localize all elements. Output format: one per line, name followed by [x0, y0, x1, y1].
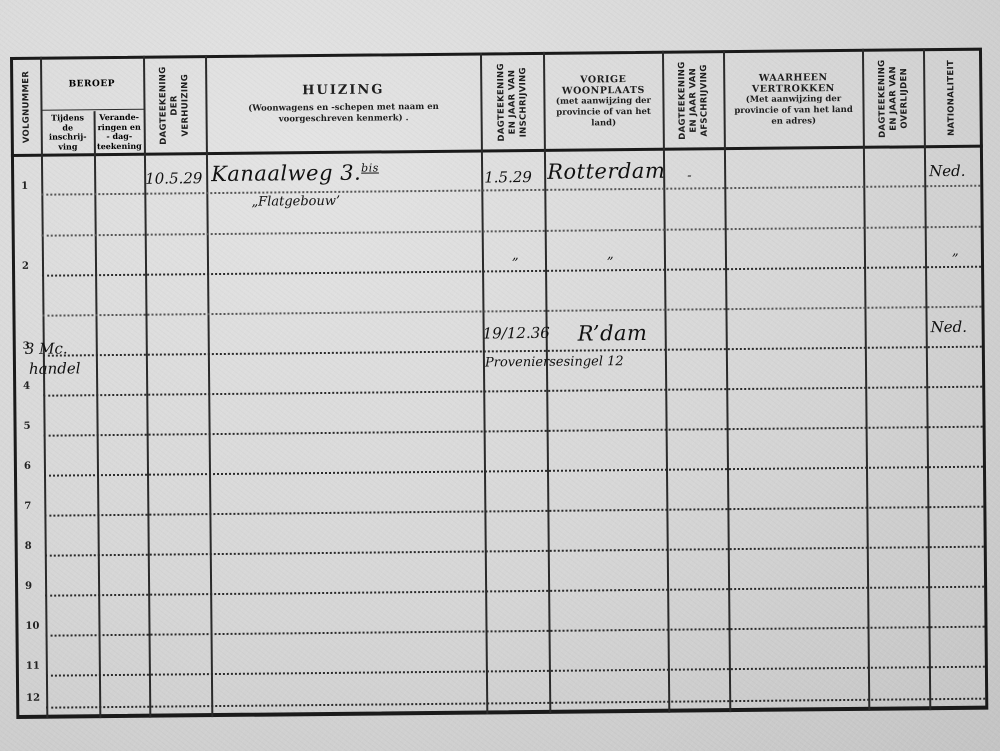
row1-huizing-address: Kanaalweg 3.bis — [211, 160, 379, 186]
row1-nationaliteit: Ned. — [929, 162, 966, 180]
header-dagteekening-inschrijving: DAGTEEKENING EN JAAR VAN INSCHRIJVING — [481, 55, 544, 150]
row-number: 10 — [25, 621, 43, 632]
row-number: 2 — [22, 261, 40, 272]
row-number: 1 — [21, 181, 39, 192]
header-huizing-title: HUIZING — [302, 82, 384, 98]
row1-verhuizing-date: 10.5.29 — [145, 169, 202, 188]
header-vorige-woonplaats-title: VORIGE WOONPLAATS — [562, 73, 645, 96]
row-number: 11 — [26, 661, 44, 672]
row1-huizing-suffix: bis — [361, 161, 379, 174]
header-label: NATIONALITEIT — [946, 60, 958, 136]
row-number: 4 — [23, 381, 41, 392]
row-number: 6 — [24, 461, 42, 472]
header-huizing: HUIZING (Woonwagens en -schepen met naam… — [206, 55, 481, 152]
header-beroep-veranderingen: Verande- ringen en - dag- teekening — [95, 111, 144, 153]
header-huizing-subtitle: (Woonwagens en -schepen met naam en voor… — [243, 102, 443, 126]
header-dagteekening-afschrijving: DAGTEEKENING EN JAAR VAN AFSCHRIJVING — [663, 53, 724, 148]
row2-inschrijving-ditto: „ — [512, 248, 519, 263]
register-form: VOLGNUMMER BEROEP Tijdens de inschrij- v… — [10, 48, 988, 719]
header-label: VOLGNUMMER — [21, 71, 33, 143]
row3-vorige-woonplaats-address: Proveniersesingel 12 — [485, 354, 624, 370]
row1-vorige-woonplaats: Rotterdam — [547, 159, 665, 184]
row3-vorige-woonplaats: R’dam — [578, 321, 648, 346]
row3-beroep-line2: handel — [29, 359, 81, 377]
row2-vorige-woonplaats-ditto: „ — [607, 247, 614, 262]
scanned-document: VOLGNUMMER BEROEP Tijdens de inschrij- v… — [0, 0, 1000, 751]
header-volgnummer: VOLGNUMMER — [13, 60, 41, 154]
header-waarheen-vertrokken: WAARHEEN VERTROKKEN (Met aanwijzing der … — [724, 52, 863, 147]
header-label: DAGTEEKENING EN JAAR VAN OVERLIJDEN — [877, 59, 911, 138]
header-vorige-woonplaats: VORIGE WOONPLAATS (met aanwijzing der pr… — [544, 54, 663, 149]
header-waarheen-title: WAARHEEN VERTROKKEN — [752, 72, 835, 95]
header-beroep-tijdens: Tijdens de inschrij- ving — [42, 111, 94, 153]
row-number: 5 — [23, 421, 41, 432]
row-number: 7 — [24, 501, 42, 512]
header-dagteekening-overlijden: DAGTEEKENING EN JAAR VAN OVERLIJDEN — [863, 51, 924, 146]
header-label: DAGTEEKENING EN JAAR VAN INSCHRIJVING — [496, 63, 530, 142]
header-dagteekening-verhuizing: DAGTEEKENING DER VERHUIZING — [144, 58, 206, 153]
header-label: DAGTEEKENING EN JAAR VAN AFSCHRIJVING — [677, 61, 711, 140]
header-beroep: BEROEP — [40, 59, 143, 111]
row1-huizing-street: Kanaalweg 3. — [211, 161, 361, 186]
row1-huizing-building: „Flatgebouw’ — [251, 194, 340, 210]
row-number: 8 — [25, 541, 43, 552]
row2-nationaliteit-ditto: „ — [952, 244, 959, 259]
row1-inschrijving-date: 1.5.29 — [484, 168, 532, 186]
header-nationaliteit: NATIONALITEIT — [924, 51, 980, 146]
header-vorige-woonplaats-subtitle: (met aanwijzing der provincie of van het… — [553, 95, 653, 129]
row-number: 12 — [26, 693, 44, 704]
row1-afschrijving-mark: - — [687, 168, 692, 183]
row-number: 9 — [25, 581, 43, 592]
header-label: DAGTEEKENING DER VERHUIZING — [158, 66, 192, 145]
row3-inschrijving-date: 19/12.36 — [483, 324, 550, 343]
row3-nationaliteit: Ned. — [931, 318, 968, 336]
row3-beroep-line1: 3 Mc. — [25, 339, 68, 357]
header-waarheen-subtitle: (Met aanwijzing der provincie of van het… — [729, 93, 857, 127]
